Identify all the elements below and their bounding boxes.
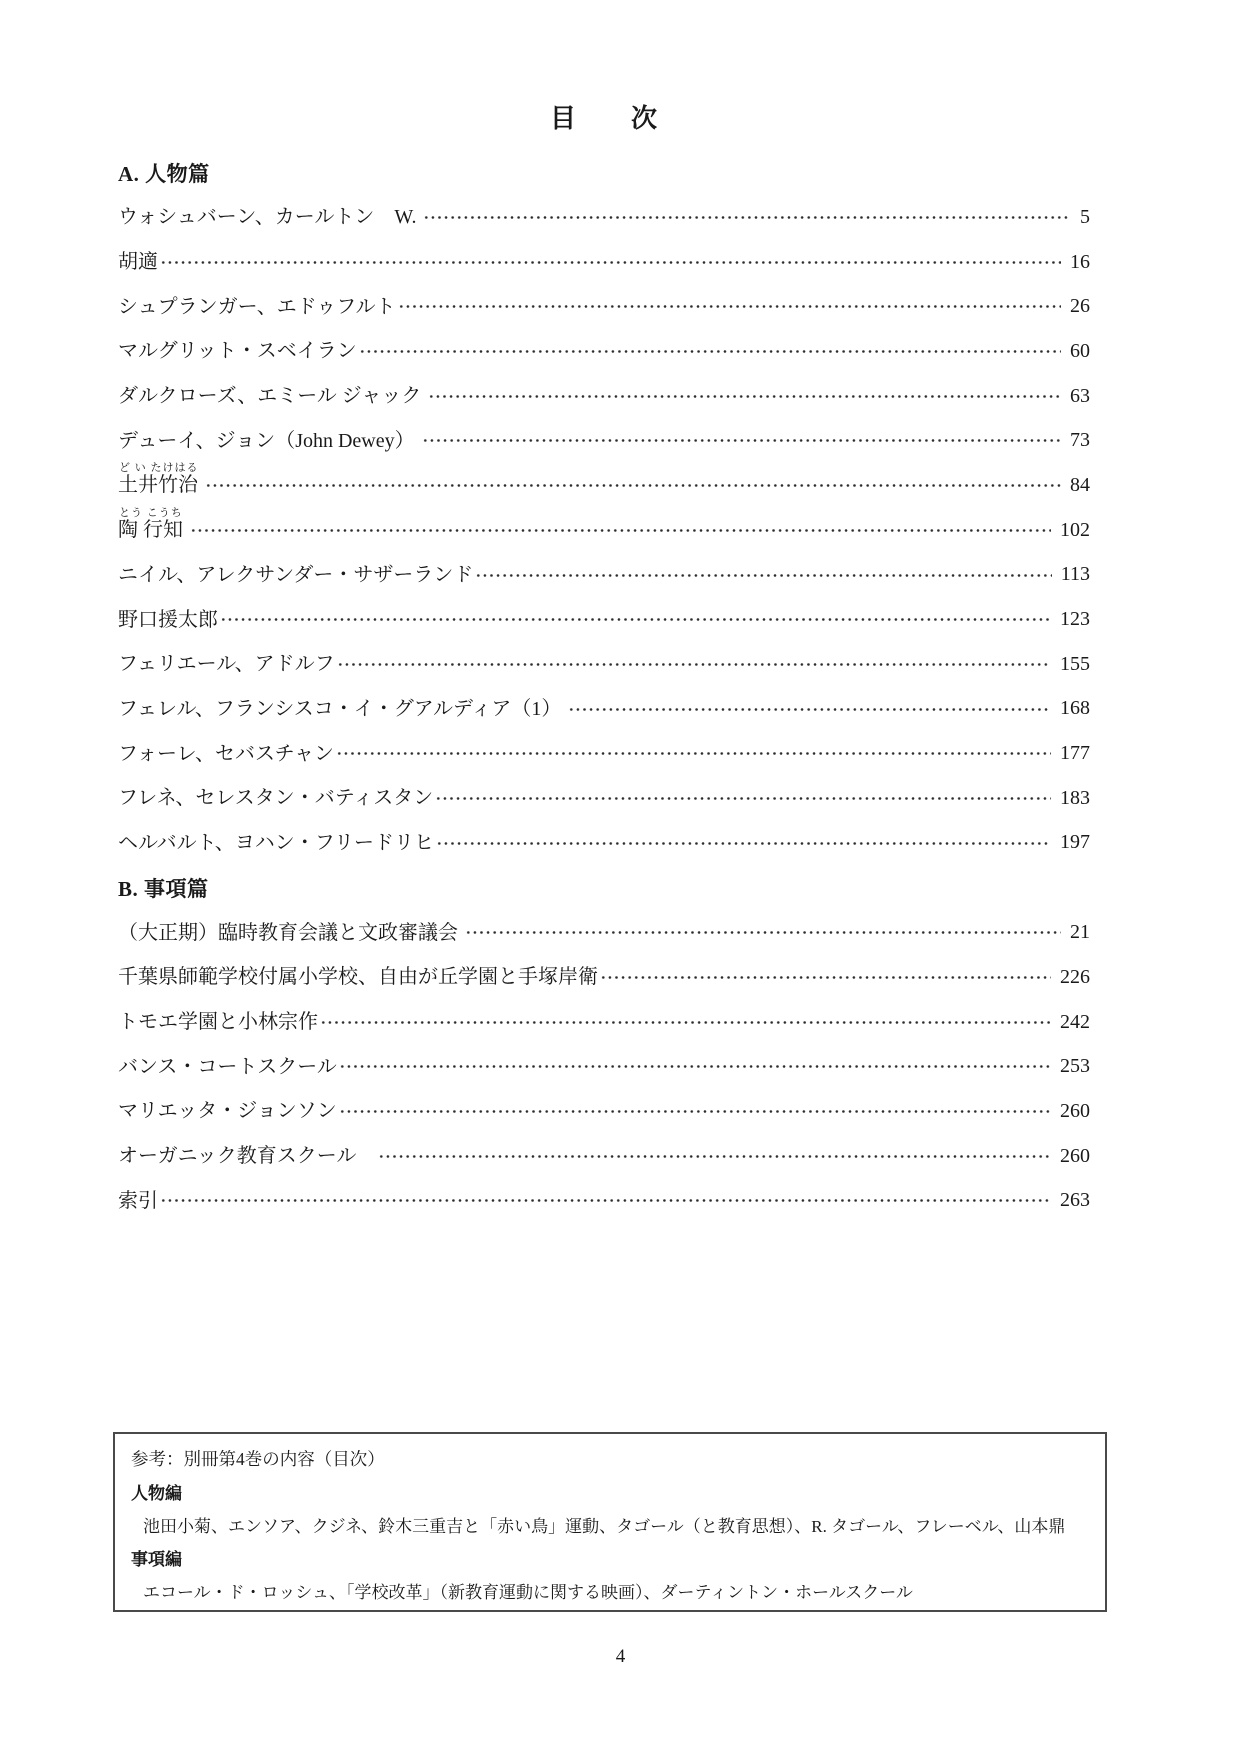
toc-entry-page: 102 (1060, 519, 1090, 542)
table-of-contents: A. 人物篇ウォシュバーン、カールトン W. 5胡適16シュプランガー、エドゥフ… (118, 150, 1090, 1223)
toc-entry-page: 73 (1070, 429, 1090, 452)
toc-entry-label: フレネ、セレスタン・バティスタン (118, 787, 433, 809)
toc-entry: フェレル、フランシスコ・イ・グアルディア（1） 168 (118, 687, 1090, 732)
toc-entry-page: 197 (1060, 831, 1090, 854)
toc-entry-furigana: ど い たけはる (119, 462, 199, 474)
toc-entry: 野口援太郎123 (118, 597, 1090, 642)
page-number: 4 (0, 1646, 1241, 1668)
toc-entry-label: ヘルバルト、ヨハン・フリードリヒ (118, 832, 434, 854)
page-content: 目 次 A. 人物篇ウォシュバーン、カールトン W. 5胡適16シュプランガー、… (118, 0, 1090, 1612)
toc-entry-label: ダルクローズ、エミール ジャック (118, 385, 426, 407)
toc-entry-page: 26 (1070, 295, 1090, 318)
toc-entry-page: 5 (1080, 206, 1090, 229)
reference-section-heading: 人物編 (131, 1475, 1089, 1508)
toc-entry-page: 168 (1060, 697, 1090, 720)
dot-leader-icon (600, 955, 1051, 1000)
dot-leader-icon (378, 1134, 1051, 1179)
toc-entry-page: 226 (1060, 966, 1090, 989)
toc-entry-label: トモエ学園と小林宗作 (118, 1011, 318, 1033)
toc-entry-page: 123 (1060, 608, 1090, 631)
toc-entry-label: フォーレ、セバスチャン (118, 743, 334, 765)
page-title: 目 次 (118, 0, 1090, 130)
dot-leader-icon (428, 374, 1061, 419)
toc-entry: ダルクローズ、エミール ジャック 63 (118, 374, 1090, 419)
toc-entry: トモエ学園と小林宗作242 (118, 1000, 1090, 1045)
toc-entry-label: 索引 (118, 1190, 158, 1212)
reference-section-heading: 事項編 (131, 1541, 1089, 1574)
dot-leader-icon (359, 329, 1061, 374)
toc-entry-label: 野口援太郎 (118, 609, 218, 631)
toc-entry-label: オーガニック教育スクール (118, 1145, 376, 1167)
toc-entry: シュプランガー、エドゥフルト26 (118, 284, 1090, 329)
dot-leader-icon (190, 508, 1051, 553)
toc-entry: ヘルバルト、ヨハン・フリードリヒ197 (118, 821, 1090, 866)
toc-entry-page: 60 (1070, 340, 1090, 363)
toc-entry-label: 陶 行知 とう こうち (118, 519, 188, 541)
toc-entry: 土井竹治 ど い たけはる84 (118, 463, 1090, 508)
toc-entry-page: 242 (1060, 1011, 1090, 1034)
toc-entry-page: 183 (1060, 787, 1090, 810)
toc-entry-label: 千葉県師範学校付属小学校、自由が丘学園と手塚岸衛 (118, 966, 598, 988)
toc-entry: 索引263 (118, 1178, 1090, 1223)
toc-entry-label: シュプランガー、エドゥフルト (118, 296, 396, 318)
toc-entry: フレネ、セレスタン・バティスタン183 (118, 776, 1090, 821)
dot-leader-icon (160, 240, 1061, 285)
dot-leader-icon (398, 284, 1062, 329)
toc-entry: フェリエール、アドルフ155 (118, 642, 1090, 687)
toc-entry: バンス・コートスクール253 (118, 1044, 1090, 1089)
toc-entry-page: 155 (1060, 653, 1090, 676)
toc-entry: ニイル、アレクサンダー・サザーランド113 (118, 553, 1090, 598)
toc-entry: マルグリット・スベイラン60 (118, 329, 1090, 374)
toc-entry-page: 84 (1070, 474, 1090, 497)
dot-leader-icon (568, 687, 1051, 732)
toc-entry-label: 土井竹治 ど い たけはる (118, 474, 203, 496)
toc-entry: ウォシュバーン、カールトン W. 5 (118, 195, 1090, 240)
dot-leader-icon (336, 731, 1051, 776)
toc-entry-label: ニイル、アレクサンダー・サザーランド (118, 564, 473, 586)
dot-leader-icon (465, 910, 1061, 955)
dot-leader-icon (337, 642, 1051, 687)
toc-entry: オーガニック教育スクール 260 (118, 1134, 1090, 1179)
section-heading: A. 人物篇 (118, 150, 1090, 195)
dot-leader-icon (220, 597, 1051, 642)
toc-entry-label: フェレル、フランシスコ・イ・グアルディア（1） (118, 698, 566, 720)
toc-entry-page: 260 (1060, 1100, 1090, 1123)
toc-entry-page: 16 (1070, 251, 1090, 274)
reference-section-content: エコール・ド・ロッシュ、「学校改革」（新教育運動に関する映画）、ダーティントン・… (131, 1574, 1089, 1607)
toc-entry-furigana: とう こうち (119, 507, 183, 519)
toc-entry: 陶 行知 とう こうち102 (118, 508, 1090, 553)
toc-entry-label: ウォシュバーン、カールトン W. (118, 206, 421, 228)
toc-entry-label: （大正期）臨時教育会議と文政審議会 (118, 922, 463, 944)
toc-entry-page: 21 (1070, 921, 1090, 944)
toc-page: 目 次 A. 人物篇ウォシュバーン、カールトン W. 5胡適16シュプランガー、… (0, 0, 1241, 1754)
toc-entry-label: マリエッタ・ジョンソン (118, 1100, 337, 1122)
dot-leader-icon (423, 195, 1071, 240)
toc-entry-page: 63 (1070, 385, 1090, 408)
toc-entry-label: バンス・コートスクール (118, 1056, 337, 1078)
dot-leader-icon (320, 1000, 1051, 1045)
dot-leader-icon (435, 776, 1051, 821)
toc-entry-page: 177 (1060, 742, 1090, 765)
toc-entry: 胡適16 (118, 240, 1090, 285)
toc-entry: フォーレ、セバスチャン177 (118, 731, 1090, 776)
toc-entry-page: 113 (1061, 563, 1090, 586)
toc-entry-page: 263 (1060, 1189, 1090, 1212)
toc-entry-page: 260 (1060, 1145, 1090, 1168)
toc-entry: デューイ、ジョン（John Dewey） 73 (118, 418, 1090, 463)
reference-box: 参考：別冊第4巻の内容（目次） 人物編池田小菊、エンソア、クジネ、鈴木三重吉と「… (113, 1432, 1107, 1612)
toc-entry-page: 253 (1060, 1055, 1090, 1078)
dot-leader-icon (339, 1089, 1051, 1134)
toc-entry-label: デューイ、ジョン（John Dewey） (118, 430, 420, 452)
toc-entry-label: 胡適 (118, 251, 158, 273)
toc-entry-label: フェリエール、アドルフ (118, 653, 335, 675)
dot-leader-icon (422, 418, 1061, 463)
toc-entry: マリエッタ・ジョンソン260 (118, 1089, 1090, 1134)
section-heading: B. 事項篇 (118, 865, 1090, 910)
dot-leader-icon (205, 463, 1061, 508)
dot-leader-icon (475, 553, 1051, 598)
dot-leader-icon (339, 1044, 1051, 1089)
reference-section-content: 池田小菊、エンソア、クジネ、鈴木三重吉と「赤い鳥」運動、タゴール（と教育思想）、… (131, 1508, 1089, 1541)
reference-box-title: 参考：別冊第4巻の内容（目次） (131, 1442, 1089, 1475)
toc-entry-label: マルグリット・スベイラン (118, 340, 357, 362)
dot-leader-icon (160, 1178, 1051, 1223)
dot-leader-icon (436, 821, 1051, 866)
toc-entry: （大正期）臨時教育会議と文政審議会 21 (118, 910, 1090, 955)
reference-box-sections: 人物編池田小菊、エンソア、クジネ、鈴木三重吉と「赤い鳥」運動、タゴール（と教育思… (131, 1475, 1089, 1607)
toc-entry: 千葉県師範学校付属小学校、自由が丘学園と手塚岸衛226 (118, 955, 1090, 1000)
